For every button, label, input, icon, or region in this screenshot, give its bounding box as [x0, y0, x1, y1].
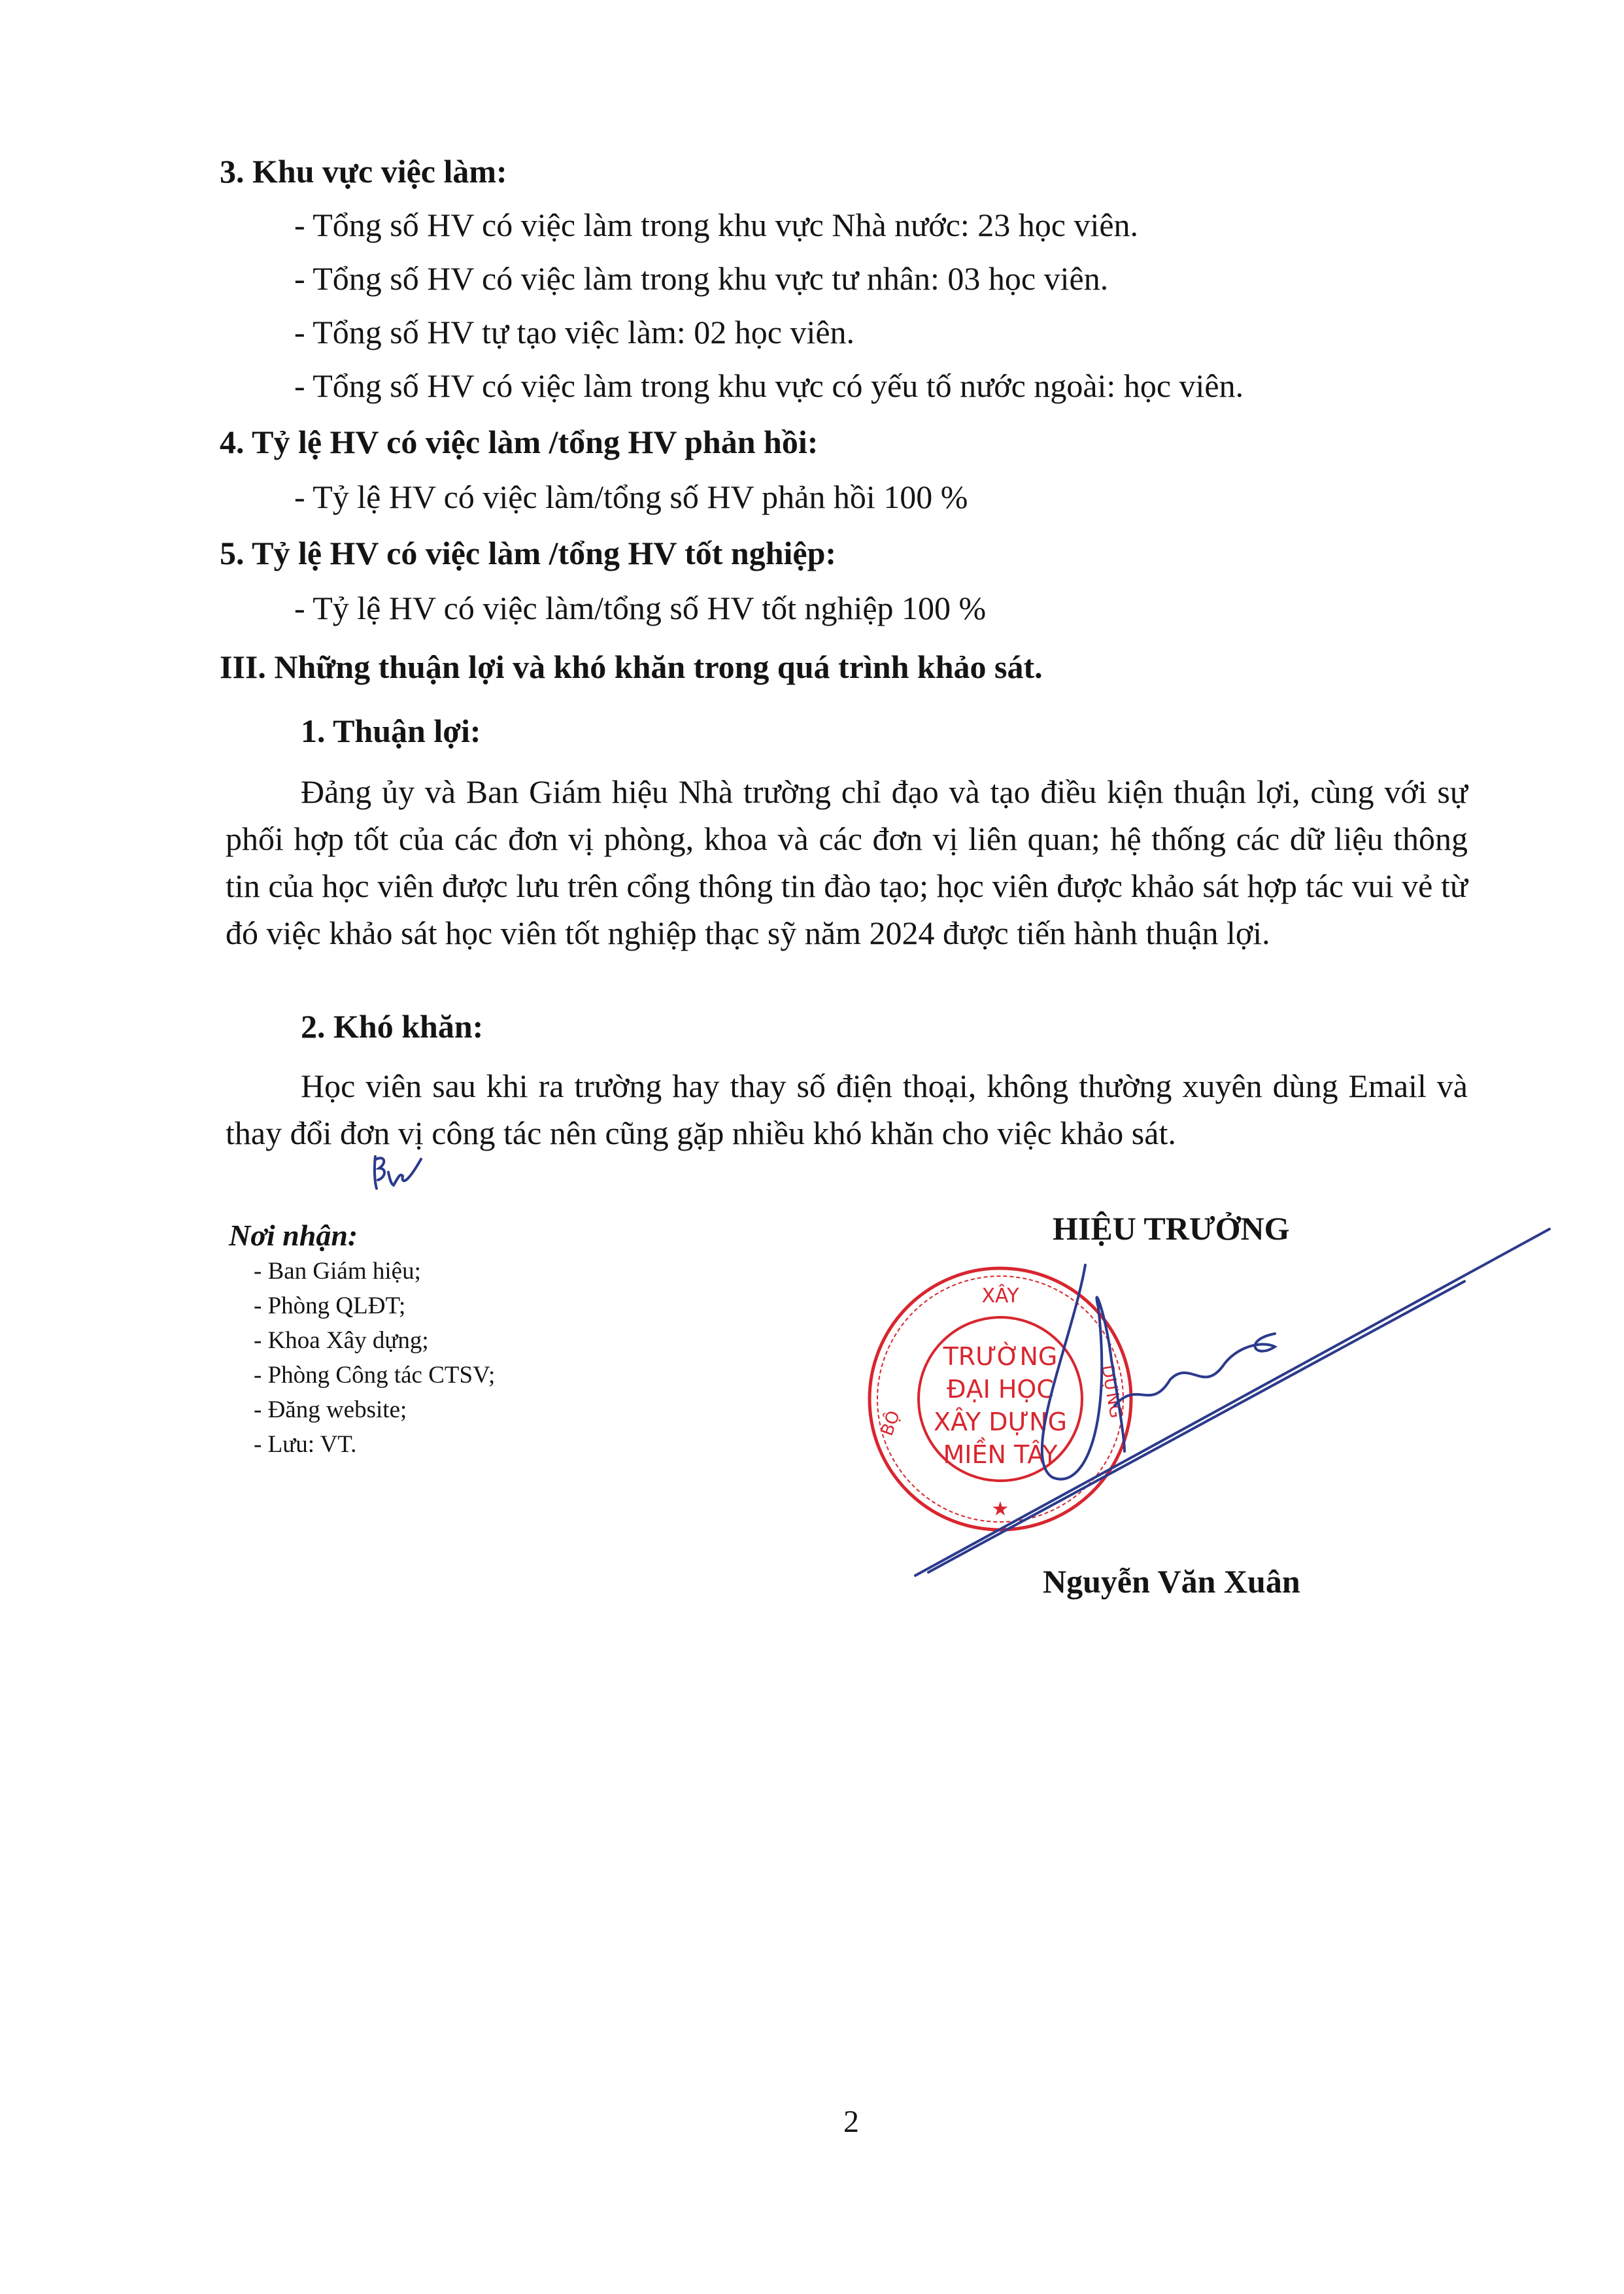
stamp-line: ĐẠI HỌC: [947, 1375, 1054, 1404]
advantages-paragraph: Đảng ủy và Ban Giám hiệu Nhà trường chỉ …: [226, 768, 1468, 956]
stamp-left-text: BỘ: [876, 1408, 904, 1438]
recipients-title: Nơi nhận:: [229, 1217, 495, 1254]
recipients-block: Nơi nhận: - Ban Giám hiệu; - Phòng QLĐT;…: [229, 1217, 495, 1462]
section-4-heading: 4. Tỷ lệ HV có việc làm /tổng HV phản hồ…: [220, 422, 818, 462]
stamp-star-icon: ★: [992, 1498, 1009, 1521]
stamp-line: XÂY DỰNG: [934, 1408, 1067, 1436]
stamp-line: TRƯỜNG: [943, 1342, 1058, 1371]
stamp-line: MIỀN TÂY: [943, 1438, 1058, 1469]
initials-signature-icon: [371, 1153, 424, 1192]
difficulties-heading: 2. Khó khăn:: [301, 1007, 483, 1046]
section-5-heading: 5. Tỷ lệ HV có việc làm /tổng HV tốt ngh…: [220, 533, 836, 573]
section-3-heading: 3. Khu vực việc làm:: [220, 152, 507, 191]
section-5-item: - Tỷ lệ HV có việc làm/tổng số HV tốt ng…: [294, 588, 986, 628]
document-page: 3. Khu vực việc làm: - Tổng số HV có việ…: [0, 0, 1624, 2294]
section-3-item: - Tổng số HV tự tạo việc làm: 02 học viê…: [294, 312, 854, 352]
recipient-item: - Ban Giám hiệu;: [229, 1254, 495, 1289]
section-3-item: - Tổng số HV có việc làm trong khu vực t…: [294, 259, 1108, 298]
section-3-item: - Tổng số HV có việc làm trong khu vực c…: [294, 366, 1243, 405]
advantages-heading: 1. Thuận lợi:: [301, 711, 481, 751]
stamp-top-text: XÂY: [981, 1284, 1019, 1307]
advantages-text: Đảng ủy và Ban Giám hiệu Nhà trường chỉ …: [226, 773, 1468, 951]
recipient-item: - Lưu: VT.: [229, 1427, 495, 1462]
difficulties-paragraph: Học viên sau khi ra trường hay thay số đ…: [226, 1062, 1468, 1156]
recipient-item: - Phòng Công tác CTSV;: [229, 1358, 495, 1392]
stamp-right-text: DỰNG: [1097, 1364, 1126, 1420]
section-3-item: - Tổng số HV có việc làm trong khu vực N…: [294, 205, 1138, 245]
recipient-item: - Đăng website;: [229, 1392, 495, 1427]
section-4-item: - Tỷ lệ HV có việc làm/tổng số HV phản h…: [294, 477, 968, 516]
official-seal-icon: XÂY BỘ DỰNG TRƯỜNG ĐẠI HỌC XÂY DỰNG MIỀN…: [863, 1262, 1138, 1536]
signer-name: Nguyễn Văn Xuân: [1043, 1562, 1300, 1600]
page-number: 2: [843, 2104, 859, 2140]
signer-title: HIỆU TRƯỞNG: [1053, 1209, 1290, 1247]
recipient-item: - Khoa Xây dựng;: [229, 1323, 495, 1358]
difficulties-text: Học viên sau khi ra trường hay thay số đ…: [226, 1068, 1468, 1151]
recipient-item: - Phòng QLĐT;: [229, 1289, 495, 1323]
part-iii-heading: III. Những thuận lợi và khó khăn trong q…: [220, 647, 1043, 686]
